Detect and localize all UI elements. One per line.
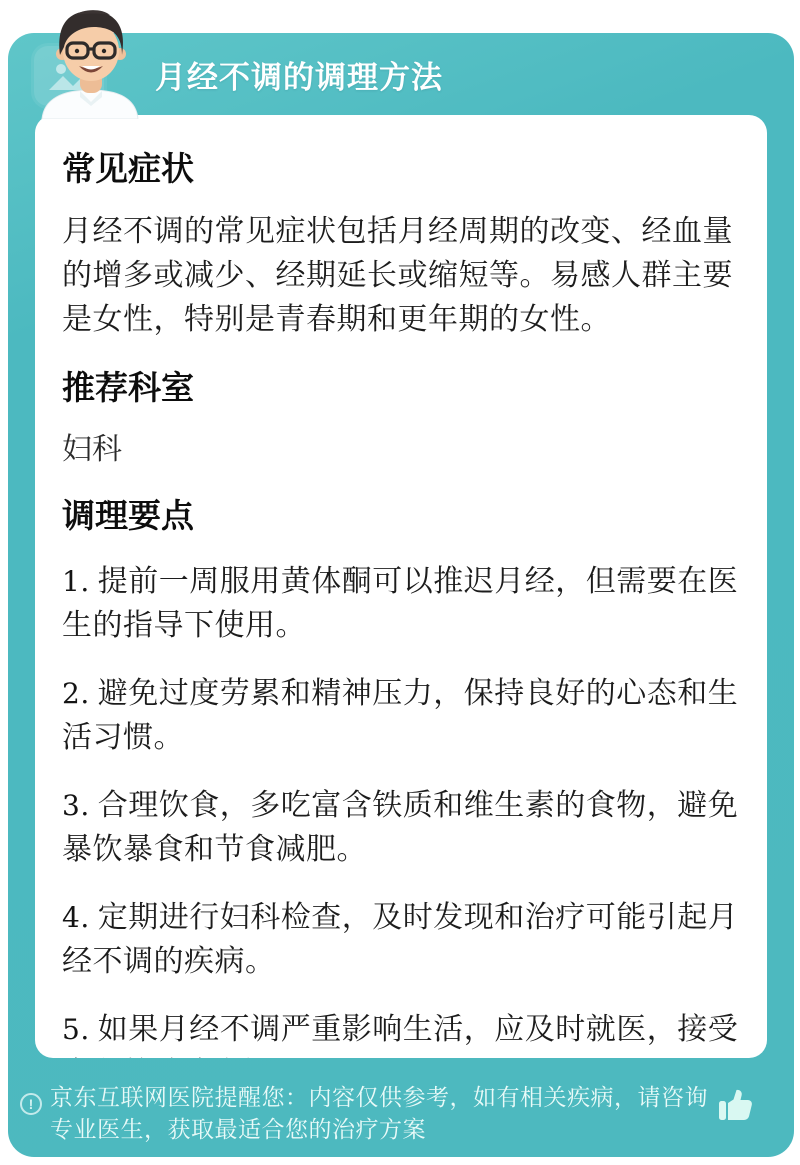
tip-text: 提前一周服用黄体酮可以推迟月经，但需要在医生的指导下使用。 (62, 565, 738, 642)
tip-item-1: 1.提前一周服用黄体酮可以推迟月经，但需要在医生的指导下使用。 (62, 560, 740, 648)
tip-text: 避免过度劳累和精神压力，保持良好的心态和生活习惯。 (62, 677, 738, 754)
tip-item-3: 3.合理饮食，多吃富含铁质和维生素的食物，避免暴饮暴食和节食减肥。 (62, 784, 740, 872)
tip-item-2: 2.避免过度劳累和精神压力，保持良好的心态和生活习惯。 (62, 672, 740, 760)
tip-number: 3. (62, 789, 90, 822)
section-heading-symptoms: 常见症状 (62, 149, 740, 189)
page-title: 月经不调的调理方法 (155, 33, 443, 115)
doctor-avatar (24, 5, 158, 119)
tip-text: 合理饮食，多吃富含铁质和维生素的食物，避免暴饮暴食和节食减肥。 (62, 789, 738, 866)
info-icon: ! (20, 1093, 42, 1115)
card-header: 月经不调的调理方法 (8, 33, 794, 115)
thumbs-up-glyph (714, 1085, 756, 1127)
disclaimer-footer: ! 京东互联网医院提醒您：内容仅供参考，如有相关疾病，请咨询专业医生，获取最适合… (20, 1077, 782, 1145)
tip-number: 1. (62, 565, 90, 598)
tip-number: 4. (62, 901, 90, 934)
health-info-page: 月经不调的调理方法 常见症状 月经不调的常见症状包括月经周期的改变、经血量的增多… (0, 0, 800, 1165)
tip-number: 2. (62, 677, 90, 710)
department-value: 妇科 (62, 430, 740, 470)
disclaimer-text: 京东互联网医院提醒您：内容仅供参考，如有相关疾病，请咨询专业医生，获取最适合您的… (50, 1081, 726, 1145)
section-heading-department: 推荐科室 (62, 368, 740, 408)
section-heading-tips: 调理要点 (62, 496, 740, 536)
tip-text: 如果月经不调严重影响生活，应及时就医，接受专业的治疗和调理。 (62, 1013, 738, 1058)
message-bubble: 月经不调的调理方法 常见症状 月经不调的常见症状包括月经周期的改变、经血量的增多… (8, 33, 794, 1157)
tip-text: 定期进行妇科检查，及时发现和治疗可能引起月经不调的疾病。 (62, 901, 738, 978)
tip-number: 5. (62, 1013, 90, 1046)
symptoms-paragraph: 月经不调的常见症状包括月经周期的改变、经血量的增多或减少、经期延长或缩短等。易感… (62, 210, 740, 342)
doctor-avatar-illustration (24, 5, 158, 119)
content-card: 常见症状 月经不调的常见症状包括月经周期的改变、经血量的增多或减少、经期延长或缩… (35, 115, 767, 1058)
thumbs-up-icon[interactable] (714, 1085, 756, 1127)
tip-item-5: 5.如果月经不调严重影响生活，应及时就医，接受专业的治疗和调理。 (62, 1008, 740, 1058)
tip-item-4: 4.定期进行妇科检查，及时发现和治疗可能引起月经不调的疾病。 (62, 896, 740, 984)
